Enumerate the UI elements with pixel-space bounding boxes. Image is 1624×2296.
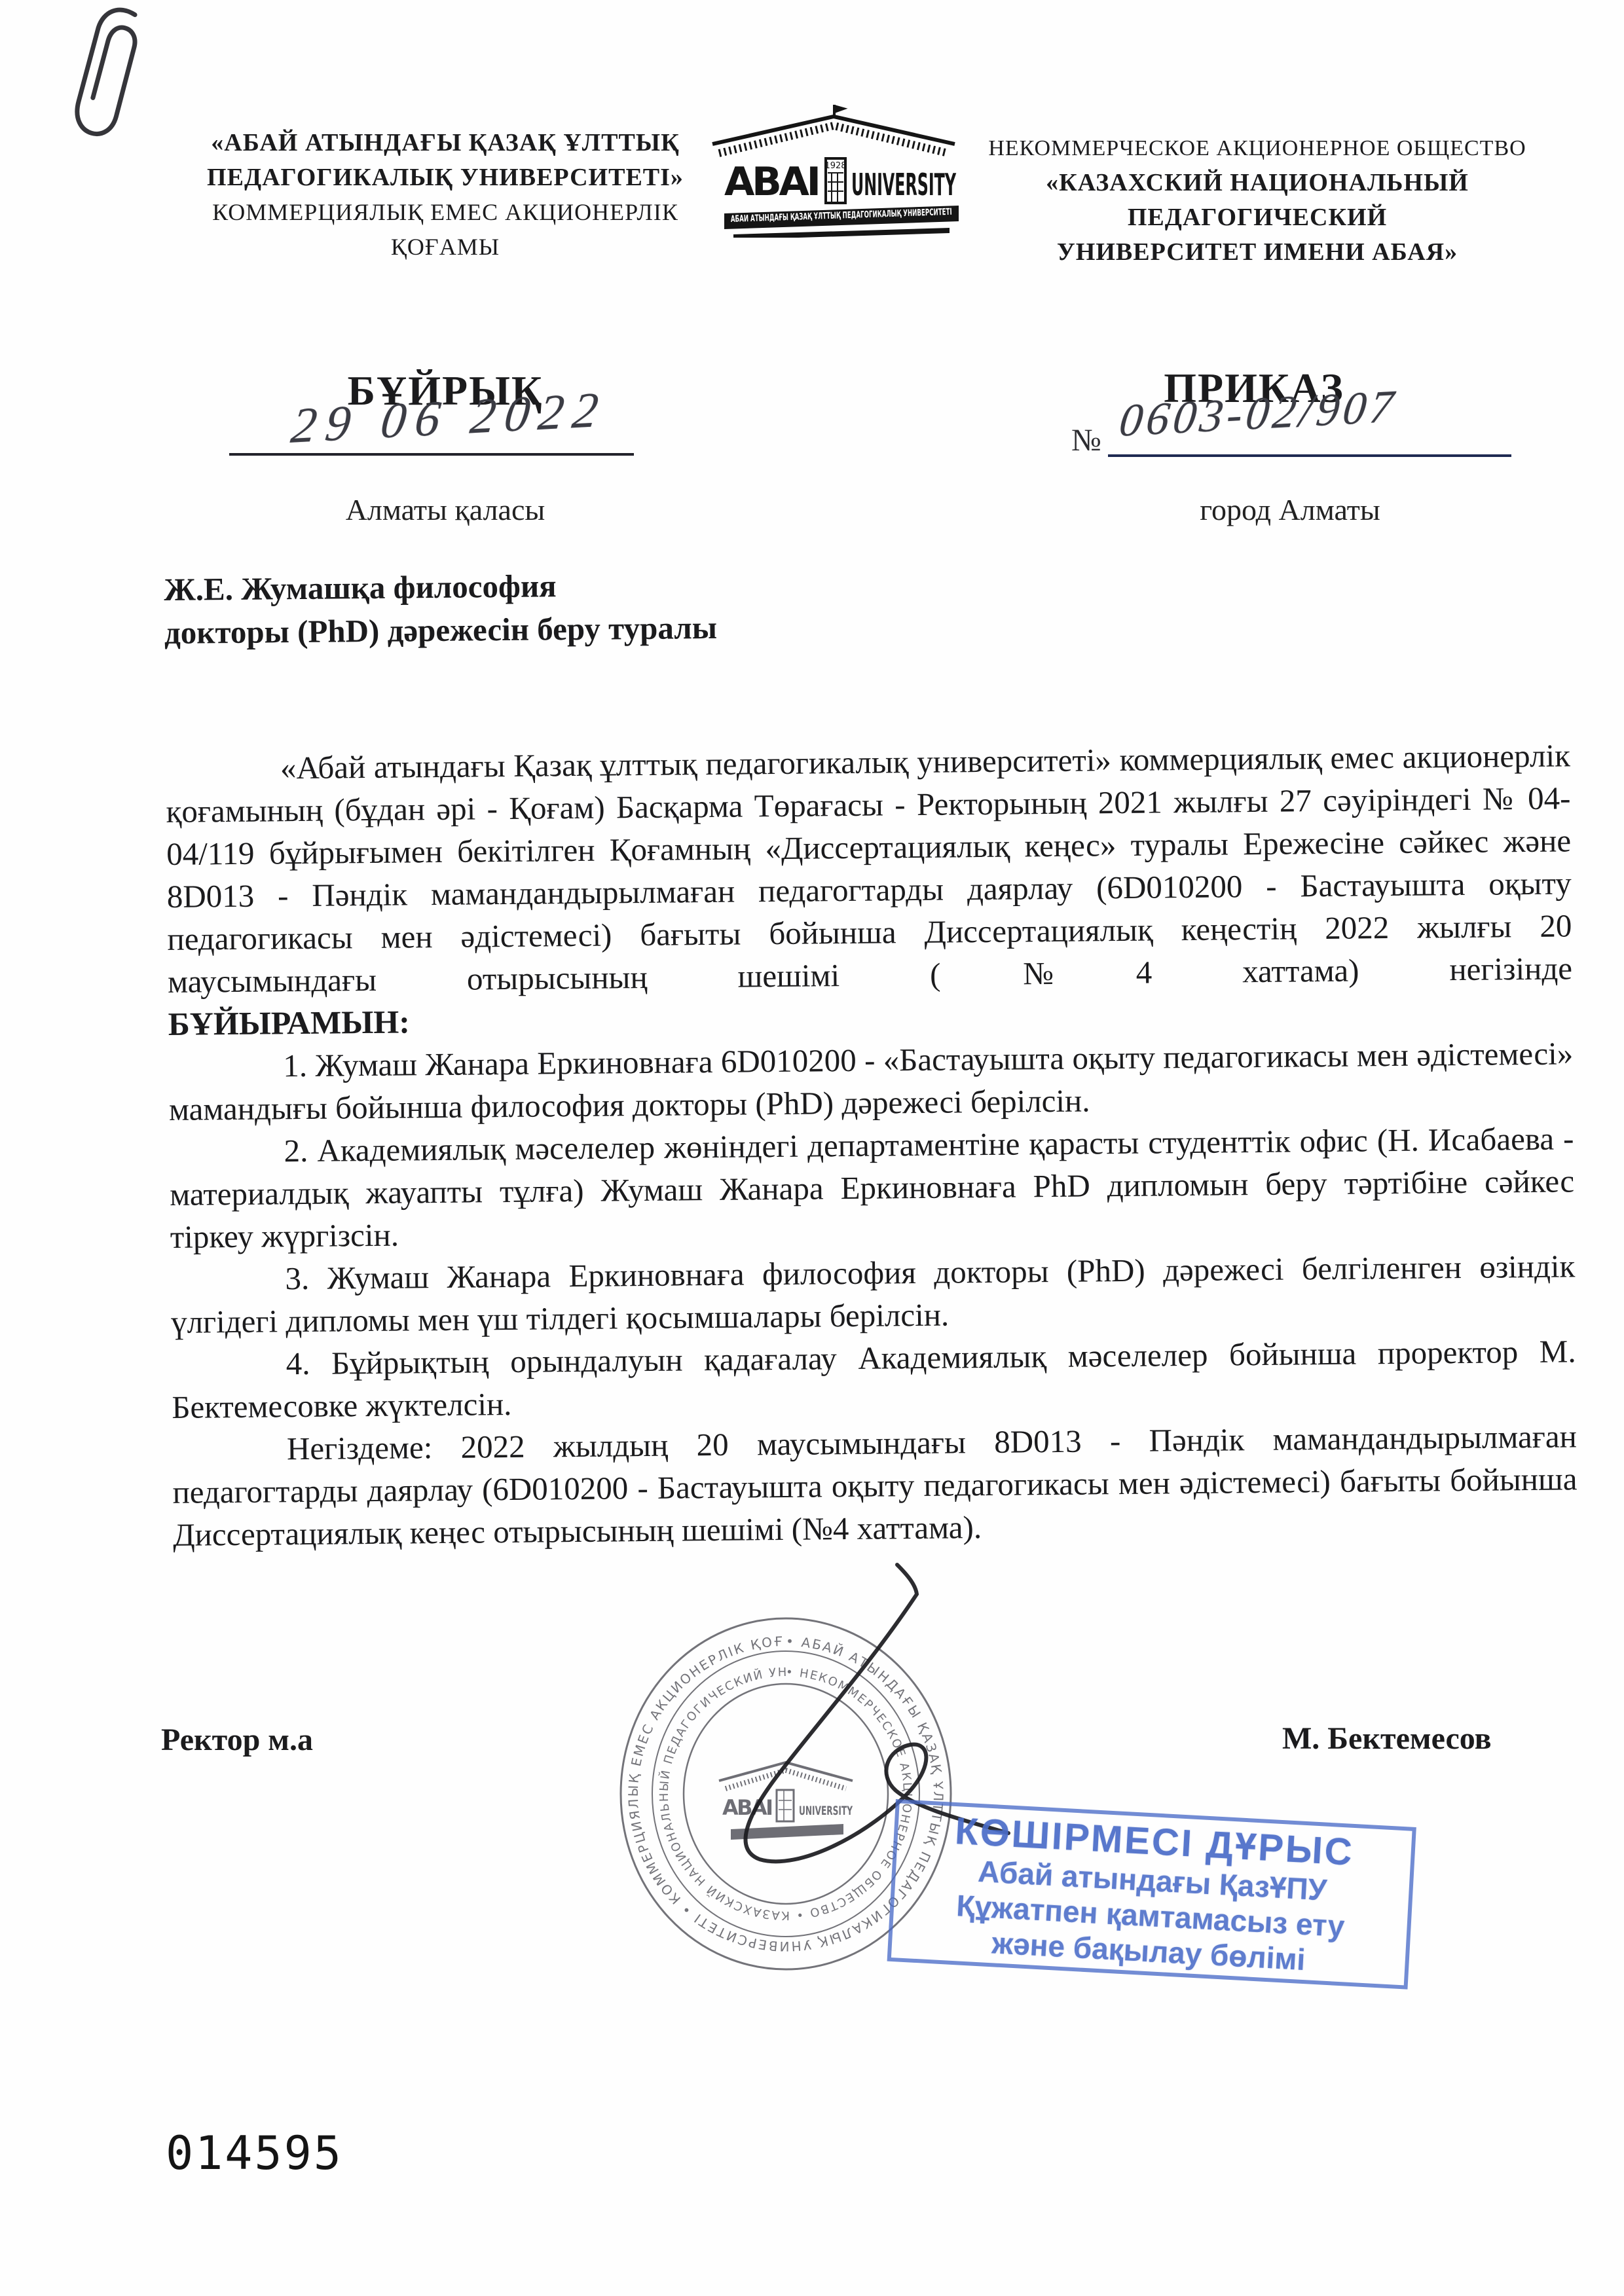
letterhead-russian: НЕКОММЕРЧЕСКОЕ АКЦИОНЕРНОЕ ОБЩЕСТВО «КАЗ… <box>950 131 1565 270</box>
date-underline <box>229 453 634 456</box>
intro-paragraph: «Абай атындағы Қазақ ұлттық педагогикалы… <box>166 734 1573 1003</box>
logo-base-strip <box>733 228 950 238</box>
city-ru: город Алматы <box>1159 492 1421 527</box>
letterhead-kk-line1: «АБАЙ АТЫНДАҒЫ ҚАЗАҚ ҰЛТТЫҚ <box>170 126 720 160</box>
order-item-3: 3. Жумаш Жанара Еркиновнаға философия до… <box>170 1245 1576 1343</box>
certification-stamp: КӨШІРМЕСІ ДҰРЫС Абай атындағы ҚазҰПУ Құж… <box>887 1799 1416 1990</box>
number-sign: № <box>1071 422 1101 458</box>
logo-year: 1928 <box>824 161 846 171</box>
order-item-1: 1. Жумаш Жанара Еркиновнаға 6D010200 - «… <box>168 1032 1574 1131</box>
university-logo: ABAI 1928 UNIVERSITY АБАИ АТЫНДАҒЫ ҚАЗАҚ… <box>706 103 961 238</box>
letterhead-ru-line2: «КАЗАХСКИЙ НАЦИОНАЛЬНЫЙ ПЕДАГОГИЧЕСКИЙ <box>950 166 1565 235</box>
logo-roof-fascia <box>719 126 948 153</box>
scanned-order-page: «АБАЙ АТЫНДАҒЫ ҚАЗАҚ ҰЛТТЫҚ ПЕДАГОГИКАЛЫ… <box>0 0 1624 2296</box>
signer-position: Ректор м.а <box>161 1722 313 1758</box>
logo-abai-text: ABAI <box>724 159 822 205</box>
logo-university-text: UNIVERSITY <box>851 167 956 202</box>
letterhead-kk-line3: КОММЕРЦИЯЛЫҚ ЕМЕС АКЦИОНЕРЛІК ҚОҒАМЫ <box>170 195 720 264</box>
city-kk: Алматы қаласы <box>314 492 576 527</box>
order-item-2: 2. Академиялық мәселелер жөніндегі депар… <box>169 1117 1575 1258</box>
form-number: 014595 <box>166 2126 343 2180</box>
letterhead-kazakh: «АБАЙ АТЫНДАҒЫ ҚАЗАҚ ҰЛТТЫҚ ПЕДАГОГИКАЛЫ… <box>170 126 720 264</box>
number-underline <box>1108 454 1511 457</box>
signer-name: М. Бектемесов <box>1282 1721 1492 1757</box>
order-body: Ж.Е. Жумашқа философия докторы (PhD) дәр… <box>164 555 1578 1556</box>
letterhead-ru-line3: УНИВЕРСИТЕТ ИМЕНИ АБАЯ» <box>950 235 1565 270</box>
logo-roof-top <box>712 117 955 144</box>
logo-flag <box>834 105 843 117</box>
letterhead-ru-line1: НЕКОММЕРЧЕСКОЕ АКЦИОНЕРНОЕ ОБЩЕСТВО <box>950 131 1565 166</box>
order-item-4: 4. Бұйрықтың орындалуын қадағалау Академ… <box>171 1330 1576 1429</box>
letterhead-kk-line2: ПЕДАГОГИКАЛЫҚ УНИВЕРСИТЕТІ» <box>170 160 720 195</box>
paperclip-icon <box>56 3 161 150</box>
